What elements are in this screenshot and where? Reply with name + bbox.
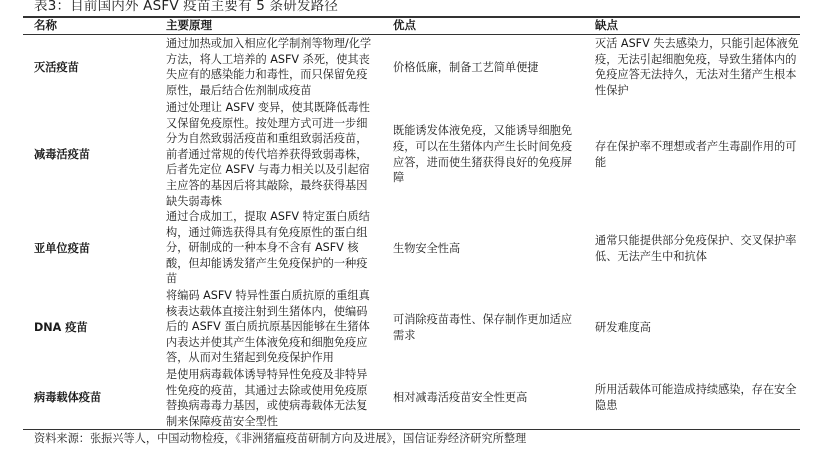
row-cons: 通常只能提供部分免疫保护、交叉保护率低、无法产生中和抗体	[595, 209, 799, 288]
header-rule	[23, 34, 800, 35]
row-cons: 灭活 ASFV 失去感染力，只能引起体液免疫，无法引起细胞免疫，导致生猪体内的免…	[595, 36, 799, 98]
row-name: DNA 疫苗	[34, 288, 88, 367]
row-cons: 所用活载体可能造成持续感染，存在安全隐患	[595, 367, 799, 429]
row-principle: 通过加热或加入相应化学制剂等物理/化学方法，将人工培养的 ASFV 杀死，使其丧…	[166, 36, 378, 98]
row-pros: 可消除疫苗毒性、保存制作更加适应需求	[393, 288, 583, 367]
table-row: 灭活疫苗 通过加热或加入相应化学制剂等物理/化学方法，将人工培养的 ASFV 杀…	[0, 36, 835, 100]
row-principle: 通过处理让 ASFV 变异，使其既降低毒性又保留免疫原性。按处理方式可进一步细分…	[166, 100, 378, 209]
table-row: 病毒载体疫苗 是使用病毒载体诱导特异性免疫及非特异性免疫的疫苗，其通过去除或使用…	[0, 367, 835, 429]
table-row: 亚单位疫苗 通过合成加工，提取 ASFV 特定蛋白质结构，通过筛选获得具有免疫原…	[0, 209, 835, 288]
table-title: 表3：目前国内外 ASFV 疫苗主要有 5 条研发路径	[34, 0, 338, 14]
header-principle: 主要原理	[166, 18, 212, 33]
source-note: 资料来源：张振兴等人，中国动物检疫，《非洲猪瘟疫苗研制方向及进展》，国信证券经济…	[34, 431, 526, 446]
row-name: 亚单位疫苗	[34, 209, 90, 288]
row-pros: 相对减毒活疫苗安全性更高	[393, 367, 583, 429]
row-pros: 生物安全性高	[393, 209, 583, 288]
row-name: 灭活疫苗	[34, 36, 79, 100]
table-row: 减毒活疫苗 通过处理让 ASFV 变异，使其既降低毒性又保留免疫原性。按处理方式…	[0, 100, 835, 209]
row-pros: 既能诱发体液免疫，又能诱导细胞免疫，可以在生猪体内产生长时间免疫应答，进而使生猪…	[393, 100, 583, 209]
header-name: 名称	[34, 18, 57, 33]
header-cons: 缺点	[595, 18, 618, 33]
row-cons: 存在保护率不理想或者产生毒副作用的可能	[595, 100, 799, 209]
row-pros: 价格低廉，制备工艺简单便捷	[393, 36, 583, 100]
bottom-rule	[23, 429, 800, 430]
row-principle: 将编码 ASFV 特异性蛋白质抗原的重组真核表达载体直接注射到生猪体内，使编码后…	[166, 288, 378, 366]
table-row: DNA 疫苗 将编码 ASFV 特异性蛋白质抗原的重组真核表达载体直接注射到生猪…	[0, 288, 835, 367]
header-pros: 优点	[393, 18, 416, 33]
row-principle: 通过合成加工，提取 ASFV 特定蛋白质结构，通过筛选获得具有免疫原性的蛋白组分…	[166, 209, 378, 287]
row-name: 减毒活疫苗	[34, 100, 90, 209]
row-cons: 研发难度高	[595, 288, 799, 367]
row-principle: 是使用病毒载体诱导特异性免疫及非特异性免疫的疫苗，其通过去除或使用免疫原替换病毒…	[166, 367, 378, 429]
row-name: 病毒载体疫苗	[34, 367, 101, 429]
